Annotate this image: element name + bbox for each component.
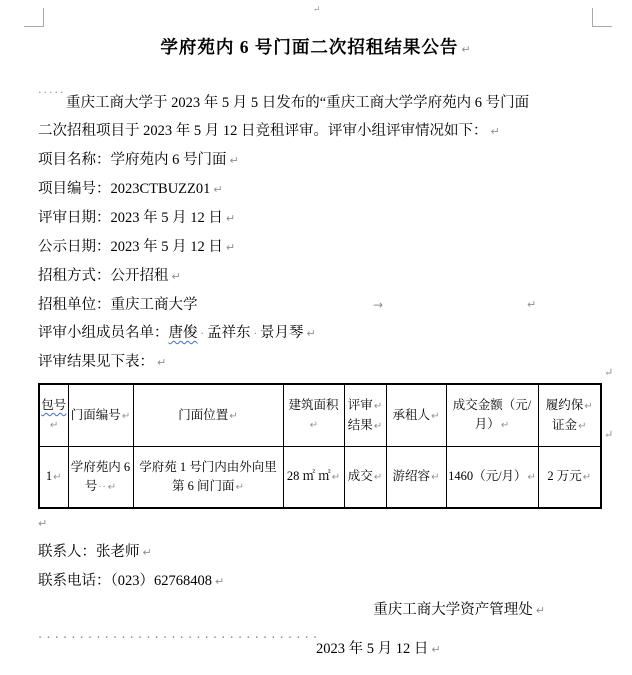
paragraph-mark-icon: ↵	[226, 241, 235, 254]
info-line-review-date: 评审日期：2023 年 5 月 12 日↵	[38, 204, 600, 233]
signature-date-text: 2023 年 5 月 12 日	[316, 641, 428, 657]
margin-crop-mark-top-right	[592, 26, 612, 27]
paragraph-mark-icon: ↵	[50, 420, 58, 431]
document-title: 学府苑内 6 号门面二次招租结果公告↵	[0, 34, 632, 63]
paragraph-mark-icon: ↵	[431, 643, 440, 656]
cell-package-no: 1↵	[39, 447, 68, 509]
table-data-row: 1↵ 学府苑内 6 号··↵ 学府苑 1 号门内由外向里第 6 间门面↵ 28 …	[39, 447, 601, 509]
paragraph-mark-icon: ↵	[374, 421, 382, 432]
info-line-project-name: 项目名称：学府苑内 6 号门面↵	[38, 146, 600, 175]
info-text: 公示日期：2023 年 5 月 12 日	[38, 239, 223, 255]
paragraph-mark-icon: ↵	[108, 482, 116, 493]
paragraph-mark-icon: ↵	[215, 575, 224, 588]
space-dots-icon: ·····	[38, 79, 66, 107]
header-text: 履约保	[546, 398, 584, 412]
contact-text: 联系人：张老师	[38, 544, 140, 560]
header-text: 成交金额（元/	[453, 398, 531, 412]
empty-paragraph: ↵	[38, 509, 600, 538]
paragraph-mark-icon: ↵	[313, 4, 321, 15]
paragraph-mark-icon: ↵	[583, 472, 591, 483]
signature-org-line: 重庆工商大学资产管理处↵	[38, 596, 600, 625]
space-dot-icon: ·	[254, 327, 258, 340]
panel-member-name: 孟祥东	[207, 325, 251, 341]
paragraph-mark-icon: ↵	[374, 472, 382, 483]
intro-line2: 二次招租项目于 2023 年 5 月 12 日竞租评审。评审小组评审情况如下：	[38, 123, 488, 139]
contact-person-line: 联系人：张老师↵	[38, 538, 600, 567]
paragraph-mark-icon: ↵	[527, 291, 536, 319]
header-location: 门面位置↵	[133, 384, 283, 447]
margin-crop-mark-top-left	[43, 8, 44, 27]
cell-text: 学府苑 1 号门内由外向里第 6 间门面	[139, 460, 277, 493]
header-review-result: 评审↵结果↵	[344, 384, 386, 447]
header-text: 包号	[41, 398, 66, 412]
panel-label: 评审小组成员名单：	[38, 325, 169, 341]
cell-lessee: 游绍容↵	[386, 447, 446, 509]
row-end-mark-icon: ↵	[604, 428, 613, 441]
row-end-mark-icon: ↵	[604, 366, 613, 379]
paragraph-mark-icon: ↵	[578, 421, 586, 432]
space-dots-icon: ········································…	[38, 625, 316, 653]
paragraph-mark-icon: ↵	[501, 420, 509, 431]
paragraph-mark-icon: ↵	[431, 411, 439, 422]
cell-text: 1	[46, 469, 52, 483]
table-header-row: 包号↵ 门面编号↵ 门面位置↵ 建筑面积↵ 评审↵结果↵ 承租人↵ 成交金额（元…	[39, 384, 601, 447]
header-area: 建筑面积↵	[283, 384, 344, 447]
paragraph-mark-icon: ↵	[461, 43, 471, 56]
header-text: 月）	[475, 417, 500, 431]
word-document-page: ↵ 学府苑内 6 号门面二次招租结果公告↵ ·····重庆工商大学于 2023 …	[0, 0, 632, 675]
intro-line1: 重庆工商大学于 2023 年 5 月 5 日发布的“重庆工商大学学府苑内 6 号…	[66, 95, 529, 111]
paragraph-mark-icon: ↵	[53, 472, 61, 483]
intro-paragraph: ·····重庆工商大学于 2023 年 5 月 5 日发布的“重庆工商大学学府苑…	[38, 79, 600, 146]
info-line-panel-members: 评审小组成员名单：唐俊·孟祥东·景月琴↵	[38, 319, 600, 348]
header-deposit: 履约保↵证金↵	[538, 384, 601, 447]
paragraph-mark-icon: ↵	[536, 604, 545, 617]
header-deal-amount: 成交金额（元/月）↵	[446, 384, 538, 447]
header-text: 承租人	[393, 408, 431, 422]
paragraph-mark-icon: ↵	[213, 183, 222, 196]
header-text: 结果	[348, 418, 373, 432]
cell-text: 1460（元/月）	[448, 469, 526, 483]
paragraph-mark-icon: ↵	[332, 472, 340, 483]
cell-text: 28 ㎡ ㎡	[287, 469, 331, 483]
header-text: 门面位置	[178, 408, 228, 422]
paragraph-mark-icon: ↵	[122, 411, 130, 422]
paragraph-mark-icon: ↵	[236, 482, 244, 493]
paragraph-mark-icon: ↵	[528, 472, 536, 483]
info-line-leasing-method: 招租方式：公开招租↵	[38, 262, 600, 291]
info-text: 评审结果见下表：	[38, 354, 154, 370]
cell-deal-amount: 1460（元/月）↵	[446, 447, 538, 509]
paragraph-mark-icon: ↵	[584, 401, 592, 412]
paragraph-mark-icon: ↵	[143, 546, 152, 559]
header-package-no: 包号↵	[39, 384, 68, 447]
cell-storefront-no: 学府苑内 6 号··↵	[68, 447, 133, 509]
paragraph-mark-icon: ↵	[230, 154, 239, 167]
paragraph-mark-icon: ↵	[374, 401, 382, 412]
info-text: 评审日期：2023 年 5 月 12 日	[38, 210, 223, 226]
space-dots-icon: ··	[98, 482, 106, 493]
tab-mark-icon: →	[373, 291, 383, 319]
table-intro-line: 评审结果见下表：↵	[38, 348, 600, 377]
paragraph-mark-icon: ↵	[431, 472, 439, 483]
paragraph-mark-icon: ↵	[38, 517, 47, 530]
contact-text: 联系电话：（023）62768408	[38, 573, 212, 589]
panel-member-name: 景月琴	[260, 325, 304, 341]
document-title-text: 学府苑内 6 号门面二次招租结果公告	[160, 37, 458, 57]
paragraph-mark-icon: ↵	[157, 356, 166, 369]
info-text: 项目名称：学府苑内 6 号门面	[38, 152, 227, 168]
space-dot-icon: ·	[201, 327, 205, 340]
cell-text: 2 万元	[547, 469, 581, 483]
paragraph-mark-icon: ↵	[491, 125, 500, 138]
document-body: ·····重庆工商大学于 2023 年 5 月 5 日发布的“重庆工商大学学府苑…	[0, 79, 632, 664]
header-text: 门面编号	[71, 408, 121, 422]
info-line-publicity-date: 公示日期：2023 年 5 月 12 日↵	[38, 233, 600, 262]
results-table: 包号↵ 门面编号↵ 门面位置↵ 建筑面积↵ 评审↵结果↵ 承租人↵ 成交金额（元…	[38, 383, 602, 509]
signature-org-text: 重庆工商大学资产管理处	[373, 602, 533, 618]
info-line-leasing-unit: 招租单位：重庆工商大学 → ↵	[38, 291, 600, 319]
cell-area: 28 ㎡ ㎡↵	[283, 447, 344, 509]
signature-date-line: ········································…	[38, 625, 600, 664]
paragraph-mark-icon: ↵	[229, 411, 237, 422]
cell-text: 游绍容	[393, 469, 431, 483]
margin-crop-mark-top-left	[24, 26, 44, 27]
header-text: 建筑面积	[288, 398, 338, 412]
info-text: 项目编号：2023CTBUZZ01	[38, 181, 210, 197]
info-line-project-number: 项目编号：2023CTBUZZ01↵	[38, 175, 600, 204]
header-text: 评审	[348, 398, 373, 412]
info-text: 招租方式：公开招租	[38, 268, 169, 284]
cell-deposit: 2 万元↵	[538, 447, 601, 509]
cell-text: 成交	[348, 469, 373, 483]
header-storefront-no: 门面编号↵	[68, 384, 133, 447]
paragraph-mark-icon: ↵	[307, 327, 316, 340]
contact-phone-line: 联系电话：（023）62768408↵	[38, 567, 600, 596]
info-text: 招租单位：重庆工商大学	[38, 297, 198, 313]
header-text: 证金	[552, 418, 577, 432]
paragraph-mark-icon: ↵	[172, 270, 181, 283]
paragraph-mark-icon: ↵	[226, 212, 235, 225]
cell-review-result: 成交↵	[344, 447, 386, 509]
panel-member-name: 唐俊	[169, 325, 198, 341]
cell-location: 学府苑 1 号门内由外向里第 6 间门面↵	[133, 447, 283, 509]
header-lessee: 承租人↵	[386, 384, 446, 447]
margin-crop-mark-top-right	[592, 8, 593, 27]
paragraph-mark-icon: ↵	[310, 420, 318, 431]
